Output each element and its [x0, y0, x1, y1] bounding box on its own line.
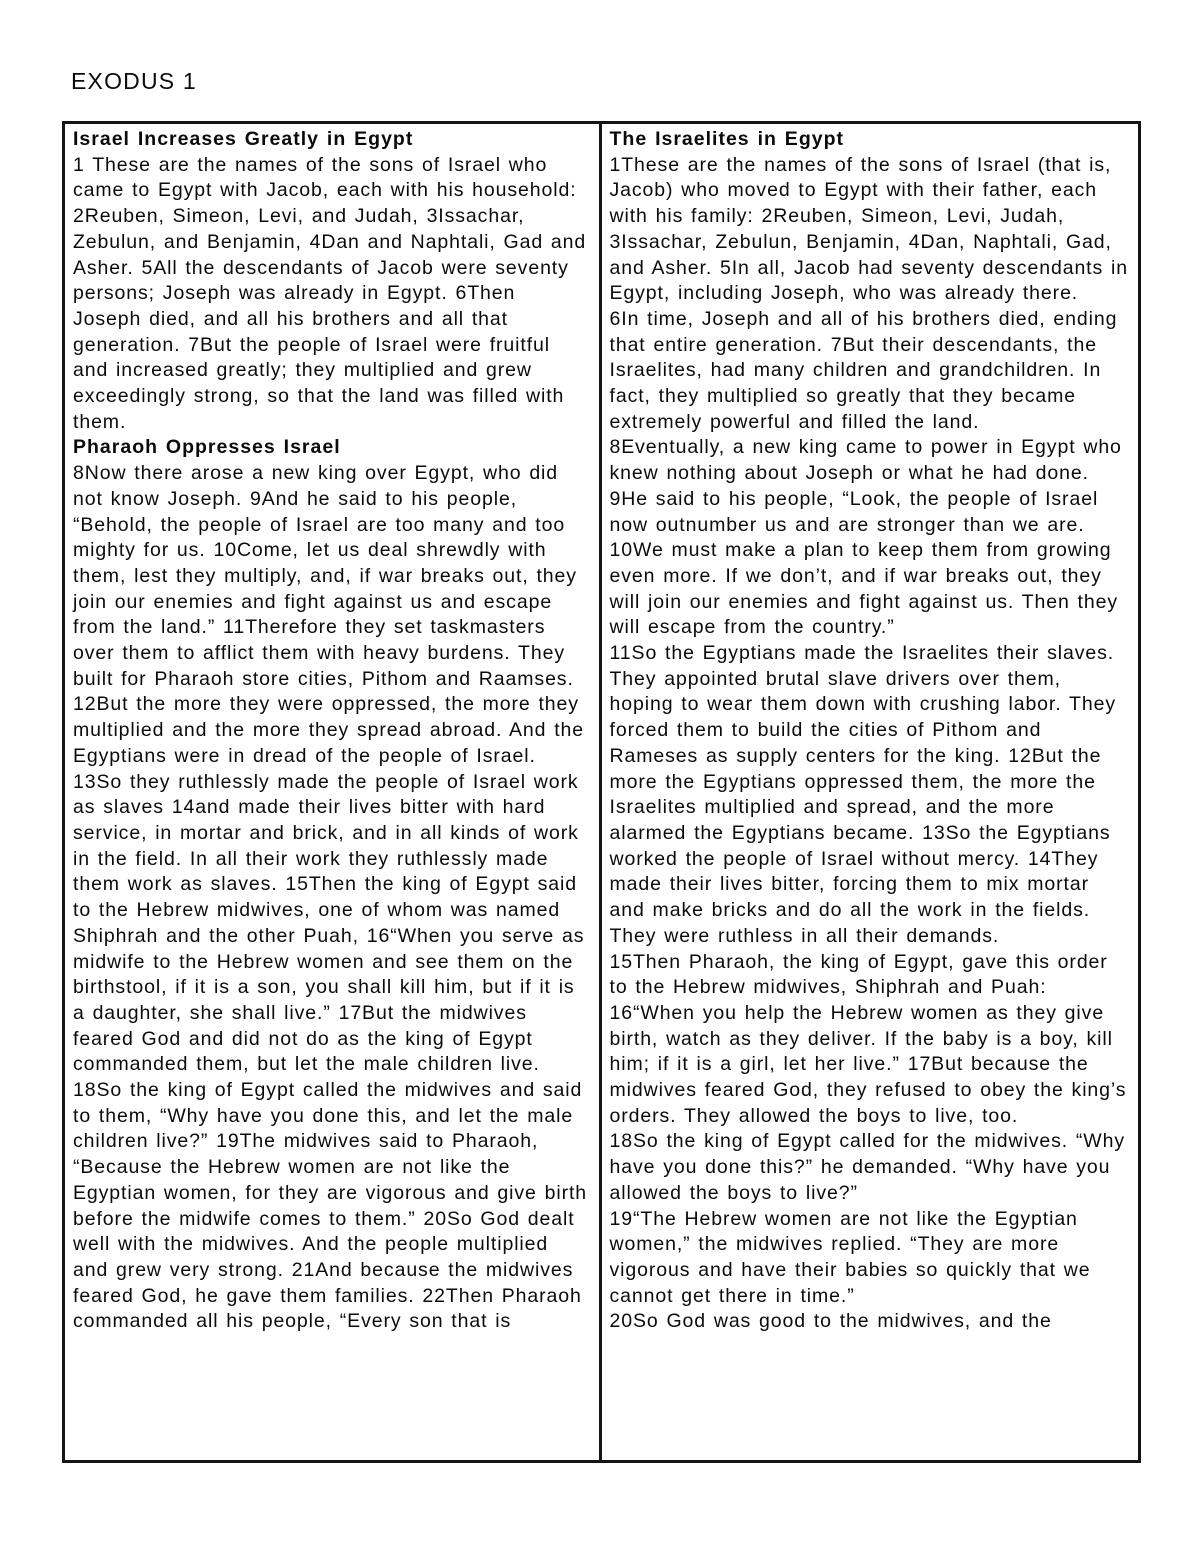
left-section-text-1: 1 These are the names of the sons of Isr… — [73, 153, 591, 436]
right-paragraph-4: 11So the Egyptians made the Israelites t… — [610, 641, 1131, 949]
page-title: EXODUS 1 — [71, 68, 197, 95]
scripture-comparison-table: Israel Increases Greatly in Egypt 1 Thes… — [62, 121, 1141, 1463]
left-translation-cell: Israel Increases Greatly in Egypt 1 Thes… — [65, 124, 602, 1460]
right-paragraph-1: 1These are the names of the sons of Isra… — [610, 153, 1131, 307]
left-section-heading-1: Israel Increases Greatly in Egypt — [73, 127, 591, 153]
right-translation-cell: The Israelites in Egypt 1These are the n… — [602, 124, 1139, 1460]
right-paragraph-5: 15Then Pharaoh, the king of Egypt, gave … — [610, 950, 1131, 1130]
document-page: EXODUS 1 Israel Increases Greatly in Egy… — [0, 0, 1200, 1553]
left-section-text-2: 8Now there arose a new king over Egypt, … — [73, 461, 591, 1335]
right-paragraph-7: 19“The Hebrew women are not like the Egy… — [610, 1207, 1131, 1310]
right-paragraph-8: 20So God was good to the midwives, and t… — [610, 1309, 1131, 1335]
right-paragraph-3: 8Eventually, a new king came to power in… — [610, 435, 1131, 641]
right-section-heading: The Israelites in Egypt — [610, 127, 1131, 153]
right-paragraph-2: 6In time, Joseph and all of his brothers… — [610, 307, 1131, 436]
right-paragraph-6: 18So the king of Egypt called for the mi… — [610, 1129, 1131, 1206]
left-section-heading-2: Pharaoh Oppresses Israel — [73, 435, 591, 461]
